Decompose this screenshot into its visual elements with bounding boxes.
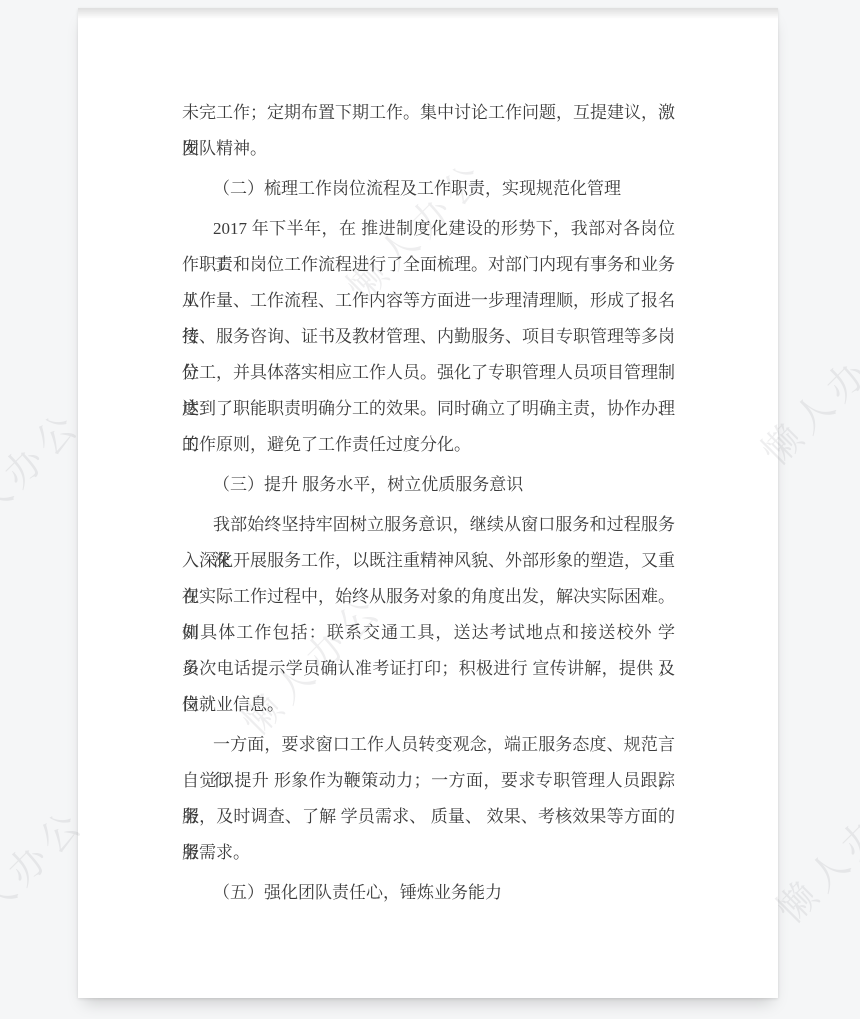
paragraph: （三）提升 服务水平，树立优质服务意识 bbox=[182, 467, 675, 503]
document-body: 未完工作；定期布置下期工作。集中讨论工作问题，互提建议，激发团队精神。（二）梳理… bbox=[78, 8, 778, 911]
text-line: 分工，并具体落实相应工作人员。强化了专职管理人员项目管理制度、 bbox=[182, 355, 675, 391]
text-line: 工作量、工作流程、工作内容等方面进一步理清理顺，形成了报名接 bbox=[182, 283, 675, 319]
paragraph: 未完工作；定期布置下期工作。集中讨论工作问题，互提建议，激发团队精神。 bbox=[182, 95, 675, 167]
text-line: 在实际工作过程中，始终从服务对象的角度出发，解决实际困难。例 bbox=[182, 579, 675, 615]
paragraph: 2017 年下半年，在 推进制度化建设的形势下，我部对各岗位工作职责和岗位工作流… bbox=[182, 211, 675, 463]
text-line: 如具体工作包括：联系交通工具，送达考试地点和接送校外 学员； bbox=[182, 615, 675, 651]
document-page: 未完工作；定期布置下期工作。集中讨论工作问题，互提建议，激发团队精神。（二）梳理… bbox=[78, 8, 778, 998]
text-line: 待、服务咨询、证书及教材管理、内勤服务、项目专职管理等多岗位 bbox=[182, 319, 675, 355]
paragraph: （二）梳理工作岗位流程及工作职责，实现规范化管理 bbox=[182, 171, 675, 207]
text-line: 2017 年下半年，在 推进制度化建设的形势下，我部对各岗位工 bbox=[182, 211, 675, 247]
text-line: 工作原则，避免了工作责任过度分化。 bbox=[182, 427, 675, 463]
text-line: 务，及时调查、了解 学员需求、 质量、 效果、考核效果等方面的服 bbox=[182, 799, 675, 835]
text-line: 入深化开展服务工作，以既注重精神风貌、外部形象的塑造，又重视 bbox=[182, 543, 675, 579]
text-line: （五）强化团队责任心，锤炼业务能力 bbox=[182, 875, 675, 911]
text-line: 多次电话提示学员确认准考证打印；积极进行 宣传讲解，提供 及岗 bbox=[182, 651, 675, 687]
text-line: （三）提升 服务水平，树立优质服务意识 bbox=[182, 467, 675, 503]
text-line: 达到了职能职责明确分工的效果。同时确立了明确主责，协作办理的 bbox=[182, 391, 675, 427]
paragraph: （五）强化团队责任心，锤炼业务能力 bbox=[182, 875, 675, 911]
document-viewer: 未完工作；定期布置下期工作。集中讨论工作问题，互提建议，激发团队精神。（二）梳理… bbox=[0, 0, 860, 1019]
text-line: 团队精神。 bbox=[182, 131, 675, 167]
text-line: 务需求。 bbox=[182, 835, 675, 871]
paragraph: 一方面，要求窗口工作人员转变观念，端正服务态度、规范言行，自觉以提升 形象作为鞭… bbox=[182, 727, 675, 871]
text-line: （二）梳理工作岗位流程及工作职责，实现规范化管理 bbox=[182, 171, 675, 207]
text-line: 未完工作；定期布置下期工作。集中讨论工作问题，互提建议，激发 bbox=[182, 95, 675, 131]
paragraph: 我部始终坚持牢固树立服务意识，继续从窗口服务和过程服务深入深化开展服务工作，以既… bbox=[182, 507, 675, 723]
text-line: 作职责和岗位工作流程进行了全面梳理。对部门内现有事务和业务从 bbox=[182, 247, 675, 283]
text-line: 位就业信息。 bbox=[182, 687, 675, 723]
text-line: 一方面，要求窗口工作人员转变观念，端正服务态度、规范言行， bbox=[182, 727, 675, 763]
text-line: 我部始终坚持牢固树立服务意识，继续从窗口服务和过程服务深 bbox=[182, 507, 675, 543]
text-line: 自觉以提升 形象作为鞭策动力；一方面，要求专职管理人员跟踪服 bbox=[182, 763, 675, 799]
